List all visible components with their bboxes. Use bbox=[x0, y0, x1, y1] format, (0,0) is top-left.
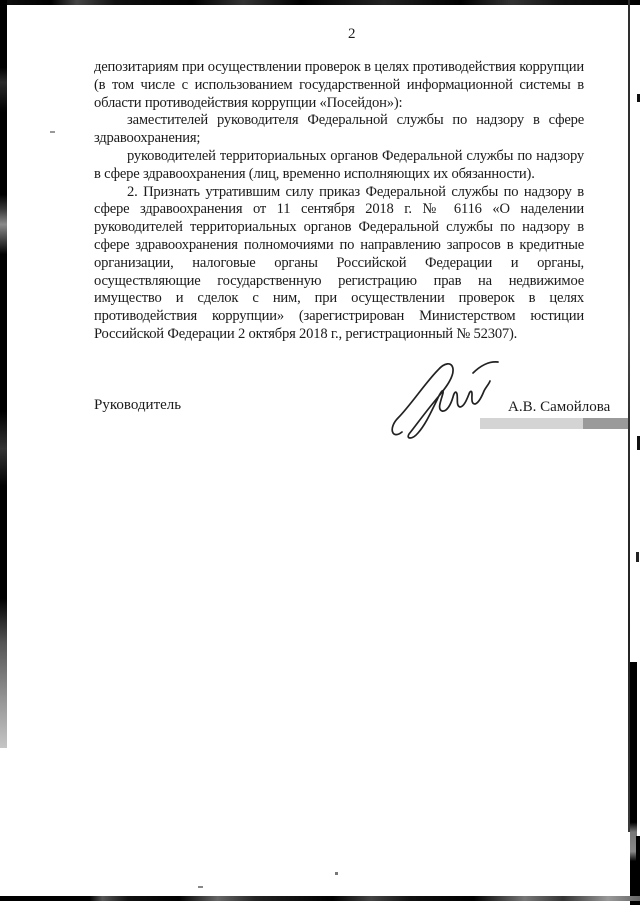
scan-edge-dash bbox=[636, 552, 639, 562]
signatory-title: Руководитель bbox=[94, 397, 181, 414]
scan-edge-right-bar-lower bbox=[636, 836, 640, 905]
paragraph: 2. Признать утратившим силу приказ Федер… bbox=[94, 184, 584, 344]
document-body: депозитариям при осуществлении проверок … bbox=[94, 59, 584, 344]
scan-edge-bottom bbox=[0, 896, 640, 901]
scan-speck bbox=[198, 886, 203, 888]
scan-edge-top bbox=[0, 0, 640, 5]
paragraph: депозитариям при осуществлении проверок … bbox=[94, 59, 584, 112]
scan-speck bbox=[50, 131, 55, 133]
signatory-name: А.В. Самойлова bbox=[508, 399, 610, 416]
paragraph: заместителей руководителя Федеральной сл… bbox=[94, 112, 584, 148]
scan-edge-left bbox=[0, 0, 7, 748]
page-number: 2 bbox=[348, 26, 356, 43]
scanned-document-page: { "page_number": "2", "document": { "par… bbox=[0, 0, 640, 905]
handwritten-signature bbox=[376, 354, 508, 448]
scan-edge-right-bar bbox=[630, 662, 637, 905]
signature-block: Руководитель А.В. Самойлова bbox=[0, 396, 640, 456]
paragraph: руководителей территориальных органов Фе… bbox=[94, 148, 584, 184]
scan-speck bbox=[335, 872, 338, 875]
